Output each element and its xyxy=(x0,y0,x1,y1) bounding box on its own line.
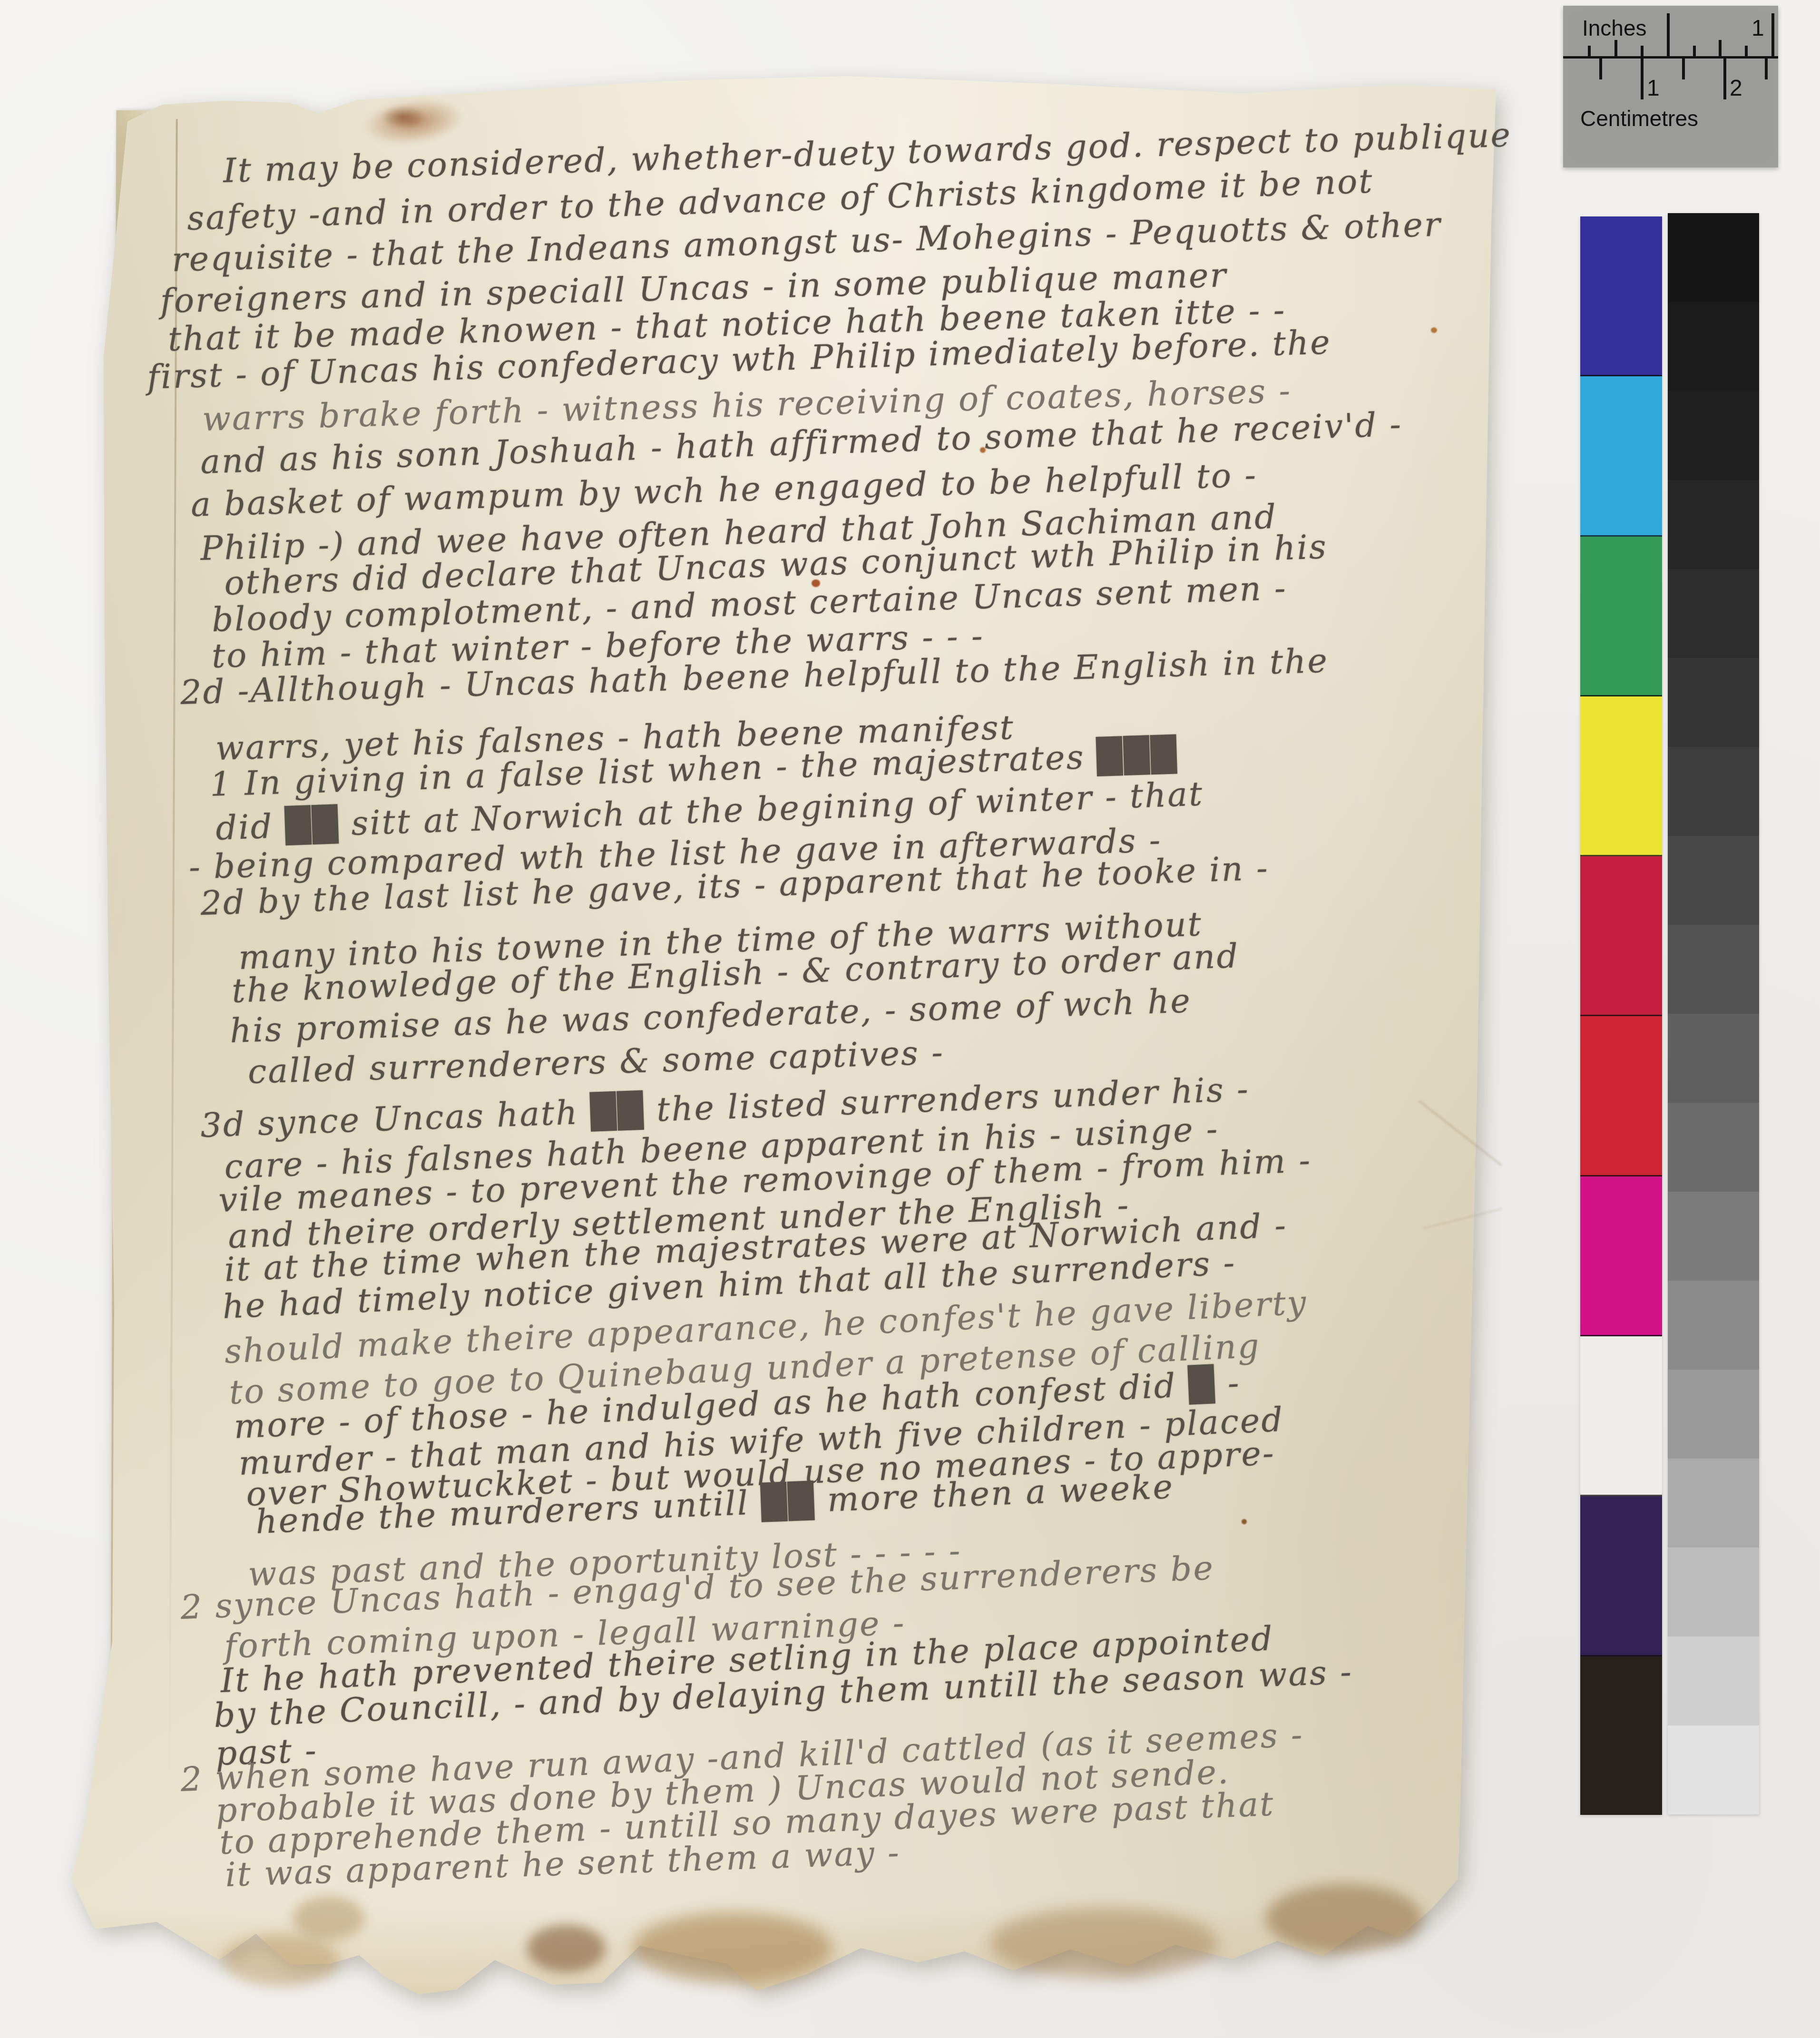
gray-step-13 xyxy=(1668,1281,1759,1370)
gray-step-18 xyxy=(1668,1725,1759,1814)
ruler-baseline xyxy=(1563,56,1778,59)
gray-step-6 xyxy=(1668,658,1759,747)
color-patch-yellow xyxy=(1580,696,1662,856)
ruler-tick xyxy=(1667,13,1670,56)
grayscale-calibration-bar xyxy=(1668,213,1759,1814)
ruler-tick xyxy=(1588,46,1591,56)
gray-step-14 xyxy=(1668,1370,1759,1459)
ruler-tick xyxy=(1599,59,1602,79)
gray-step-12 xyxy=(1668,1192,1759,1281)
gray-step-15 xyxy=(1668,1459,1759,1548)
color-patch-magenta xyxy=(1580,1176,1662,1336)
gray-step-10 xyxy=(1668,1014,1759,1103)
color-patch-white xyxy=(1580,1336,1662,1496)
ruler-card: Inches 1 1 2 Centimetres xyxy=(1563,6,1778,167)
ruler-tick xyxy=(1723,59,1726,99)
color-patch-black xyxy=(1580,1656,1662,1815)
gray-step-11 xyxy=(1668,1103,1759,1192)
ruler-inch-number: 1 xyxy=(1752,15,1764,41)
color-patch-green xyxy=(1580,537,1662,696)
gray-step-5 xyxy=(1668,569,1759,658)
scanned-document: It may be considered, whether-duety towa… xyxy=(0,0,1820,2038)
gray-step-8 xyxy=(1668,836,1759,925)
ruler-tick xyxy=(1771,13,1774,56)
gray-step-16 xyxy=(1668,1548,1759,1636)
ruler-tick xyxy=(1615,40,1617,56)
gray-step-17 xyxy=(1668,1636,1759,1725)
gray-step-2 xyxy=(1668,302,1759,391)
gray-step-9 xyxy=(1668,925,1759,1014)
gray-step-4 xyxy=(1668,480,1759,569)
color-patch-cyan xyxy=(1580,376,1662,536)
ruler-inches-label: Inches xyxy=(1582,15,1647,41)
gray-step-3 xyxy=(1668,391,1759,480)
color-patch-blue xyxy=(1580,216,1662,376)
color-patch-crimson xyxy=(1580,856,1662,1016)
color-patch-red xyxy=(1580,1016,1662,1176)
ruler-tick xyxy=(1719,40,1722,56)
color-patch-dark-purple xyxy=(1580,1496,1662,1656)
ruler-tick xyxy=(1641,59,1644,99)
ruler-cm-number: 2 xyxy=(1730,75,1742,101)
gray-step-7 xyxy=(1668,747,1759,836)
ruler-tick xyxy=(1641,46,1644,56)
color-calibration-bar xyxy=(1580,216,1662,1815)
ruler-cm-number: 1 xyxy=(1647,75,1660,101)
ruler-tick xyxy=(1765,59,1768,79)
ruler-centimetres-label: Centimetres xyxy=(1580,106,1698,131)
ruler-tick xyxy=(1745,46,1748,56)
gray-step-1 xyxy=(1668,213,1759,302)
ruler-tick xyxy=(1693,46,1696,56)
ruler-tick xyxy=(1682,59,1685,79)
